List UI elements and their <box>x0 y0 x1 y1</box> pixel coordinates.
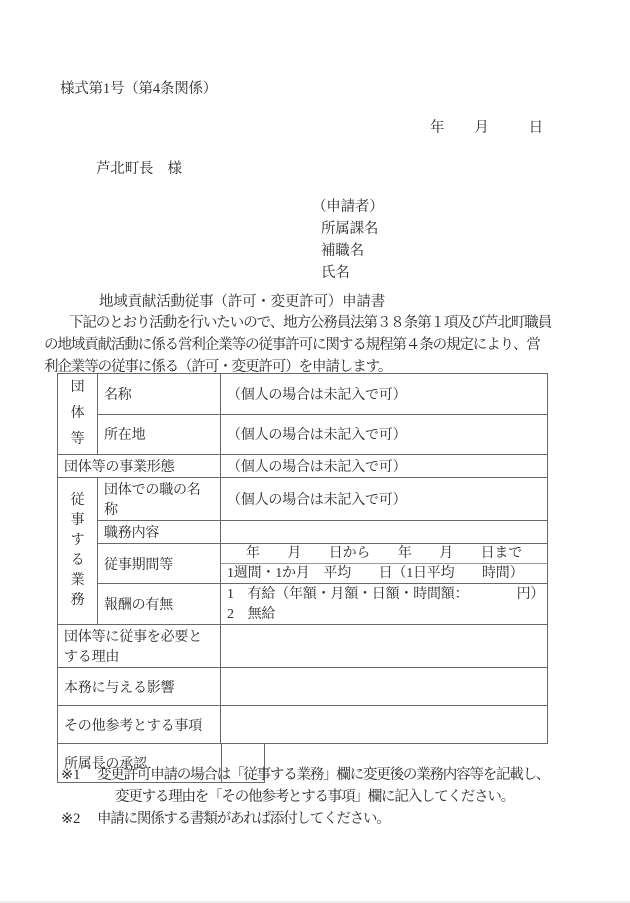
applicant-block: （申請者） 所属課名 補職名 氏名 <box>312 196 384 284</box>
business-type-value-cell: （個人の場合は未記入で可） <box>221 455 548 478</box>
pay-option-paid: 1 有給（年額・月額・日額・時間額： 円） <box>221 584 547 605</box>
date-year-label: 年 <box>430 120 444 136</box>
work-group-label: 従事する業務 <box>71 491 85 611</box>
period-value-cell: 年 月 日から 年 月 日まで 1週間・1か月 平均 日（1日平均 時間） <box>221 544 548 584</box>
intro-line: 下記のとおり活動を行いたいので、地方公務員法第３８条第１項及び芦北町職員 <box>44 312 556 334</box>
footnote-2: ※2 申請に関係する書類があれば添付してください。 <box>61 808 581 830</box>
footnotes: ※1 変更許可申請の場合は「従事する業務」欄に変更後の業務内容等を記載し、 変更… <box>61 764 581 830</box>
impact-value-cell <box>221 668 548 706</box>
position-value-cell: （個人の場合は未記入で可） <box>221 478 548 521</box>
footnote-2-text: 申請に関係する書類があれば添付してください。 <box>97 808 390 830</box>
period-label: 従事期間等 <box>98 544 221 584</box>
document-title: 地域貢献活動従事（許可・変更許可）申請書 <box>99 290 385 311</box>
applicant-field-post: 補職名 <box>312 240 384 262</box>
applicant-field-name: 氏名 <box>312 262 384 284</box>
impact-label: 本務に与える影響 <box>58 668 221 706</box>
org-group-label: 団体等 <box>71 375 85 453</box>
org-group-cell: 団体等 <box>58 374 98 455</box>
intro-paragraph: 下記のとおり活動を行いたいので、地方公務員法第３８条第１項及び芦北町職員 の地域… <box>44 312 556 378</box>
date-day-label: 日 <box>529 120 543 136</box>
org-address-value-cell: （個人の場合は未記入で可） <box>221 414 548 455</box>
duties-value-cell <box>221 521 548 544</box>
footnote-1-text2: 変更する理由を「その他参考とする事項」欄に記入してください。 <box>115 786 514 808</box>
footnote-1-text: 変更許可申請の場合は「従事する業務」欄に変更後の業務内容等を記載し、 <box>97 764 549 786</box>
duties-label: 職務内容 <box>98 521 221 544</box>
document-page: 様式第1号（第4条関係） 年月日 芦北町長 様 （申請者） 所属課名 補職名 氏… <box>0 0 630 903</box>
form-number: 様式第1号（第4条関係） <box>60 77 217 98</box>
org-address-label: 所在地 <box>98 414 221 455</box>
date-month-label: 月 <box>474 120 488 136</box>
work-group-cell: 従事する業務 <box>58 478 98 625</box>
pay-label: 報酬の有無 <box>98 584 221 625</box>
position-label: 団体での職の名称 <box>98 478 221 521</box>
reason-label: 団体等に従事を必要とする理由 <box>58 625 221 668</box>
application-table: 団体等 名称 （個人の場合は未記入で可） 所在地 （個人の場合は未記入で可） 団… <box>57 373 547 783</box>
footnote-1-continuation: 変更する理由を「その他参考とする事項」欄に記入してください。 <box>61 786 581 808</box>
other-value-cell <box>221 706 548 744</box>
footnote-1: ※1 変更許可申請の場合は「従事する業務」欄に変更後の業務内容等を記載し、 <box>61 764 581 786</box>
applicant-heading: （申請者） <box>312 196 384 218</box>
org-name-value-cell: （個人の場合は未記入で可） <box>221 374 548 415</box>
period-dates-line: 年 月 日から 年 月 日まで <box>221 544 547 564</box>
footnote-2-marker: ※2 <box>61 808 97 830</box>
pay-value-cell: 1 有給（年額・月額・日額・時間額： 円） 2 無給 <box>221 584 548 625</box>
addressee: 芦北町長 様 <box>96 157 182 178</box>
reason-value-cell <box>221 625 548 668</box>
other-label: その他参考とする事項 <box>58 706 221 744</box>
date-line: 年月日 <box>430 116 543 137</box>
intro-line: の地域貢献活動に係る営利企業等の従事許可に関する規程第４条の規定により、営 <box>44 334 556 356</box>
org-name-label: 名称 <box>98 374 221 415</box>
applicant-field-department: 所属課名 <box>312 218 384 240</box>
period-average-line: 1週間・1か月 平均 日（1日平均 時間） <box>221 564 547 583</box>
business-type-label: 団体等の事業形態 <box>58 455 221 478</box>
footnote-1-marker: ※1 <box>61 764 97 786</box>
pay-option-unpaid: 2 無給 <box>221 605 547 624</box>
